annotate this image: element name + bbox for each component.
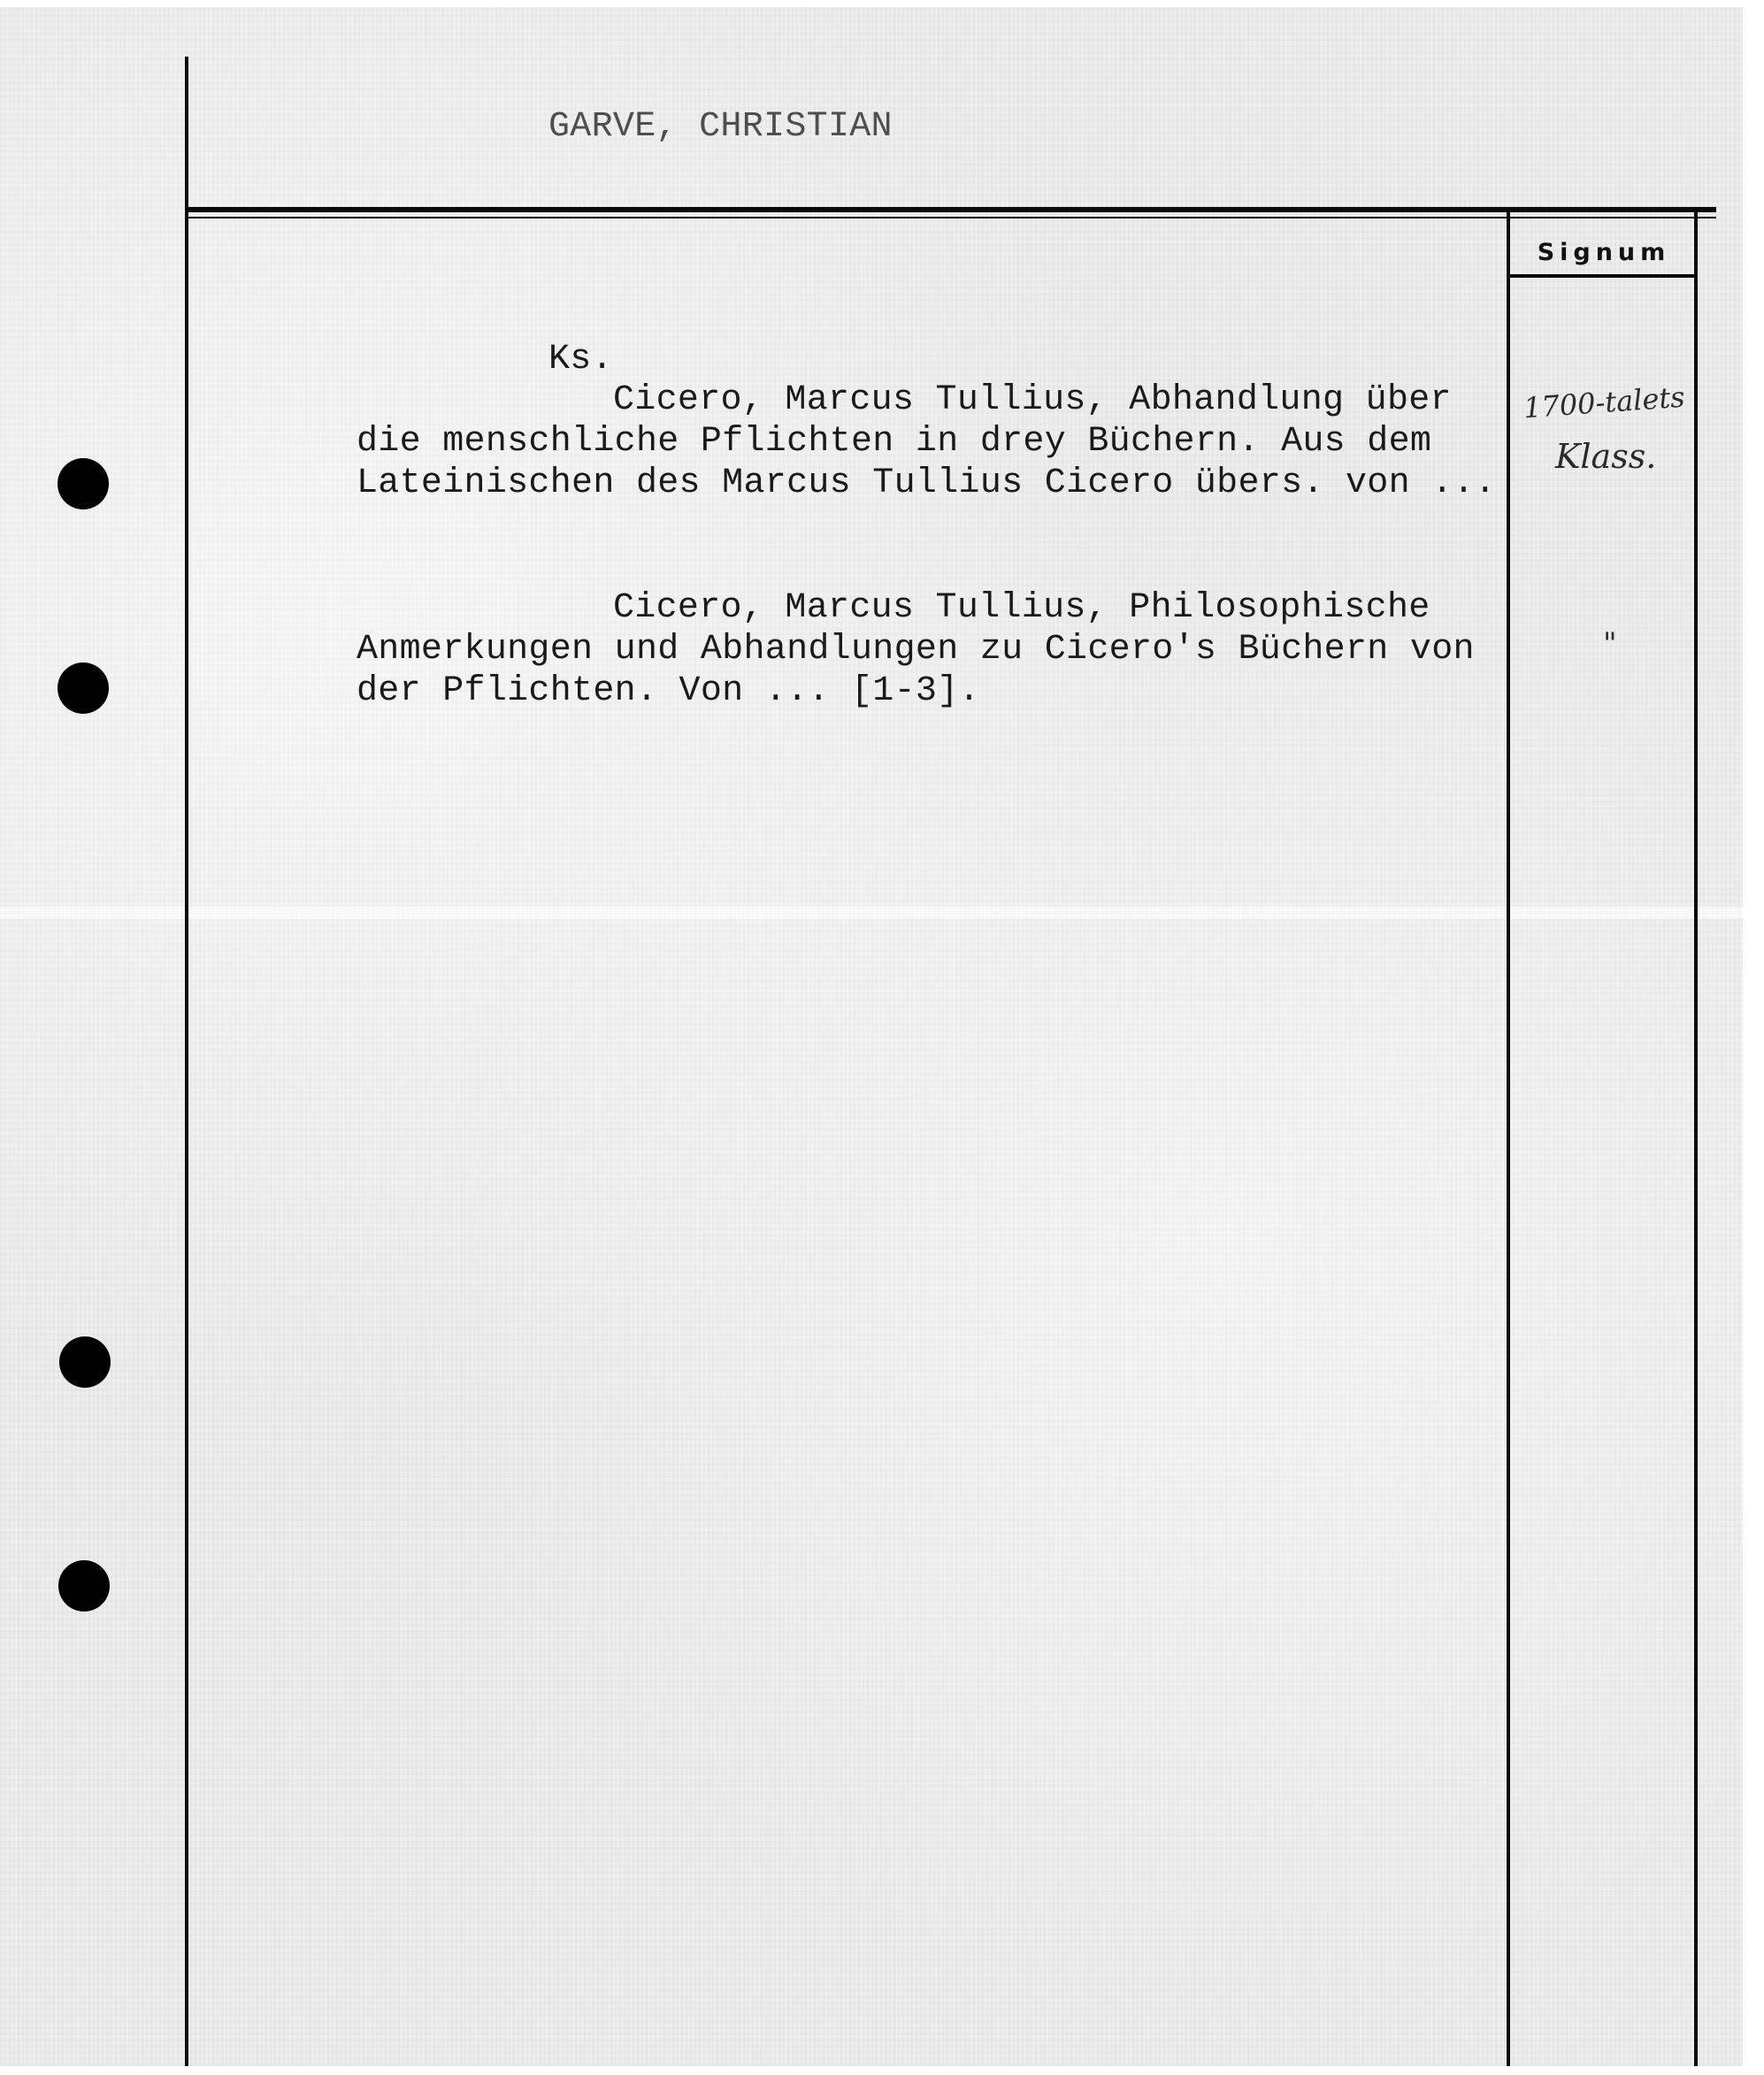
punch-hole	[58, 1560, 110, 1612]
ks-label: Ks.	[548, 339, 613, 380]
ditto-mark: "	[1603, 626, 1617, 662]
signum-handwritten: Klass.	[1555, 437, 1656, 476]
catalog-card: GARVE, CHRISTIAN Signum Ks. Cicero, Marc…	[0, 7, 1743, 2066]
signum-handwritten: 1700-talets	[1522, 380, 1686, 425]
signum-column-left-rule	[1507, 212, 1510, 2066]
entry-line: die menschliche Pflichten in drey Bücher…	[357, 421, 1431, 463]
entry-line: Anmerkungen und Abhandlungen zu Cicero's…	[357, 629, 1475, 670]
entry-line: Cicero, Marcus Tullius, Abhandlung über	[613, 379, 1452, 421]
left-margin-rule	[185, 57, 188, 2066]
signum-column-right-rule	[1694, 207, 1698, 2066]
header-rule-thick	[187, 207, 1716, 212]
scan-fold-artifact	[0, 907, 1743, 919]
entry-line: Lateinischen des Marcus Tullius Cicero ü…	[357, 463, 1496, 504]
punch-hole	[58, 458, 109, 509]
entry-line: Cicero, Marcus Tullius, Philosophische	[613, 587, 1430, 629]
punch-hole	[59, 1336, 111, 1388]
signum-column-header: Signum	[1511, 226, 1697, 278]
card-heading: GARVE, CHRISTIAN	[548, 106, 893, 148]
entry-line: der Pflichten. Von ... [1-3].	[357, 670, 980, 712]
header-rule-thin	[187, 217, 1716, 218]
punch-hole	[58, 662, 109, 714]
